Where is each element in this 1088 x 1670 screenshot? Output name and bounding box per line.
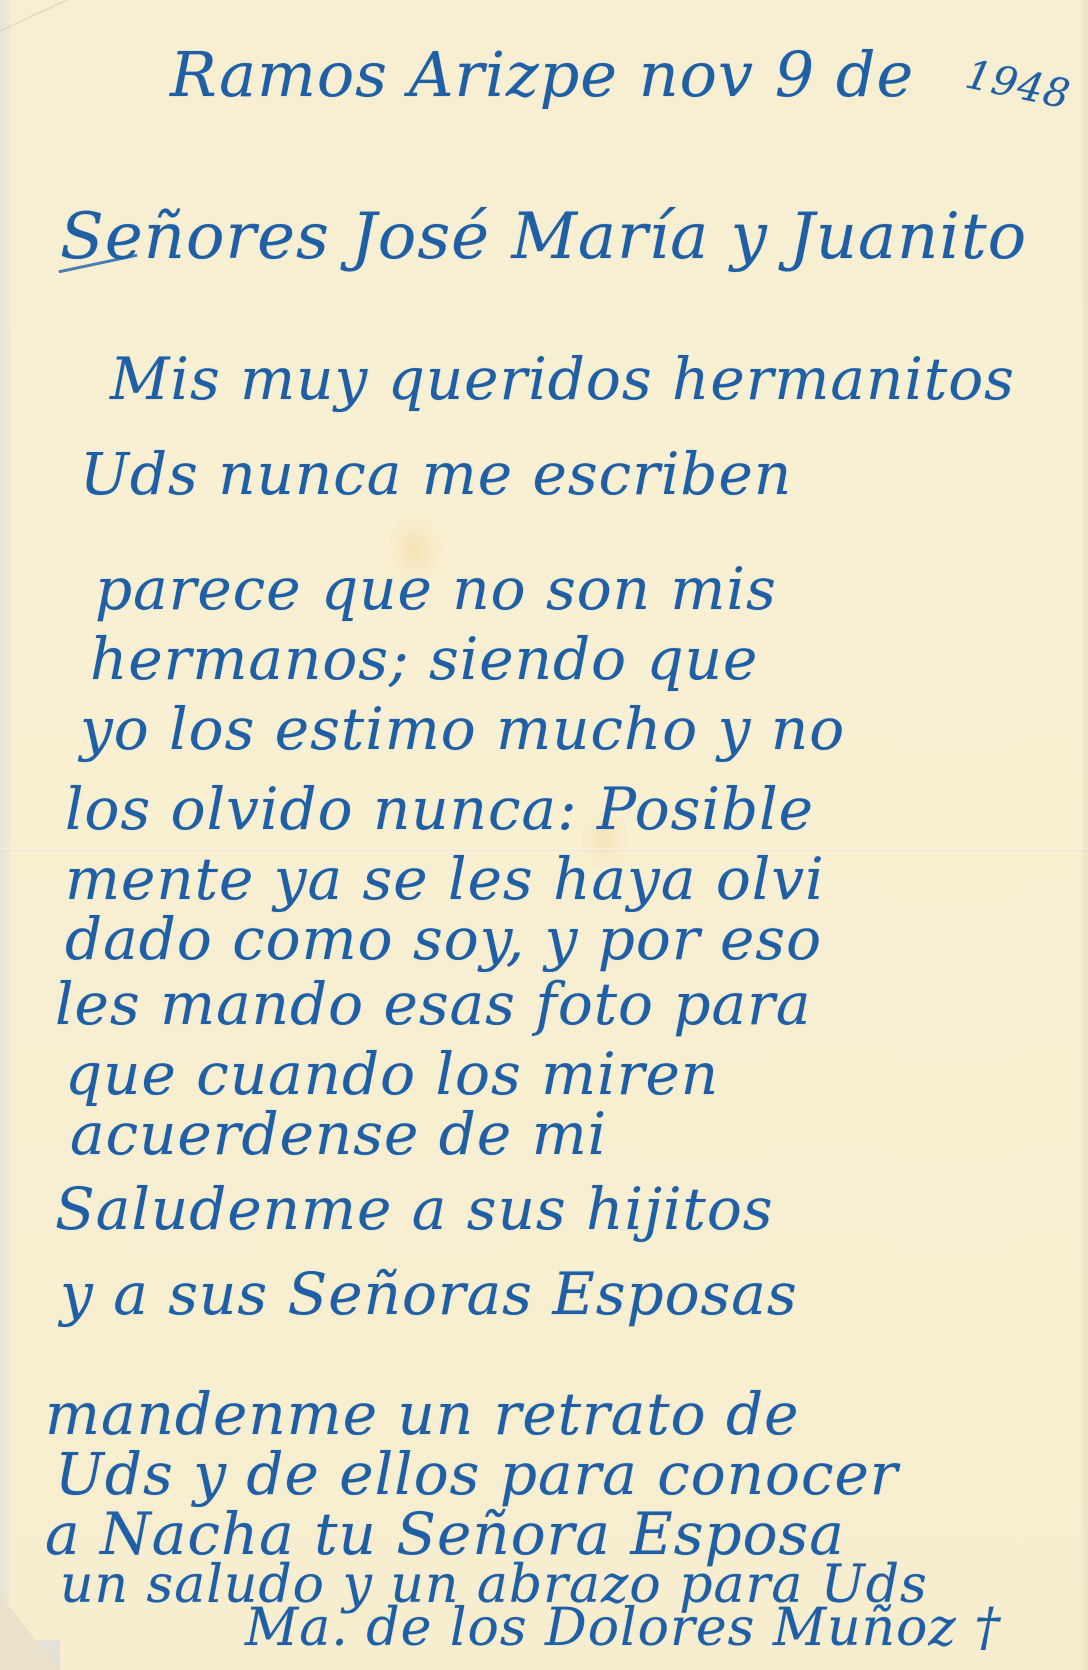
- signature: Ma. de los Dolores Muñoz †: [245, 1598, 1001, 1658]
- salutation: Señores José María y Juanito: [60, 200, 1027, 274]
- body-line-3: parece que no son mis: [95, 555, 777, 623]
- body-line-14: mandenme un retrato de: [45, 1380, 799, 1448]
- body-line-2: Uds nunca me escriben: [80, 440, 792, 508]
- year: 1948: [961, 52, 1074, 119]
- letter-page: Ramos Arizpe nov 9 de 1948 Señores José …: [0, 0, 1088, 1670]
- body-line-5: yo los estimo mucho y no: [80, 695, 845, 763]
- body-line-12: Saludenme a sus hijitos: [55, 1175, 774, 1243]
- body-line-4: hermanos; siendo que: [90, 625, 758, 693]
- scan-edge-left: [0, 0, 10, 1670]
- body-line-7: mente ya se les haya olvi: [65, 845, 825, 913]
- body-line-10: que cuando los miren: [65, 1040, 719, 1108]
- body-line-9: les mando esas foto para: [55, 970, 811, 1038]
- folded-corner: [0, 1595, 60, 1670]
- body-line-1: Mis muy queridos hermanitos: [110, 345, 1015, 413]
- body-line-8: dado como soy, y por eso: [65, 905, 822, 973]
- scan-edge-right: [1082, 0, 1088, 1670]
- paper-crease: [0, 0, 146, 32]
- body-line-13: y a sus Señoras Esposas: [60, 1260, 798, 1328]
- body-line-6: los olvido nunca: Posible: [65, 775, 814, 843]
- place-date: Ramos Arizpe nov 9 de: [170, 38, 914, 111]
- body-line-11: acuerdense de mi: [70, 1100, 607, 1168]
- body-line-15: Uds y de ellos para conocer: [55, 1440, 899, 1508]
